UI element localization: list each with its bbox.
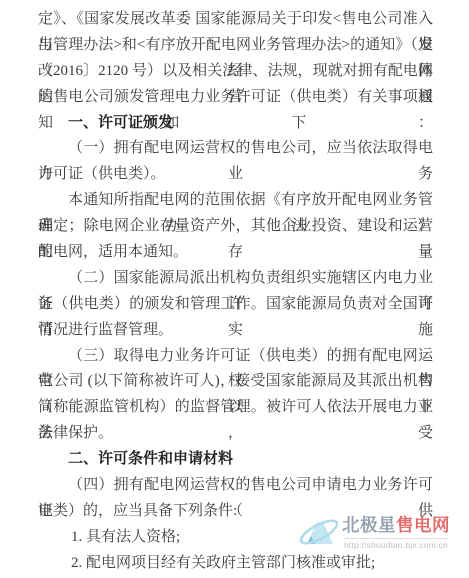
doc-line: 证（供电类）的颁发和管理工作。国家能源局负责对全国许可实施 [38,292,433,318]
doc-line: 简称能源监管机构）的监督管理。被许可人依法开展电力业务，受 [38,395,433,421]
doc-line: 本通知所指配电网的范围依据《有序放开配电网业务管理办法》 [38,188,433,214]
doc-line: （四）拥有配电网运营权的售电公司申请电力业务许可证（供 [38,473,433,499]
doc-line: 电公司 (以下简称被许可人)，接受国家能源局及其派出机构（以下 [38,369,433,395]
doc-line: （二）国家能源局派出机构负责组织实施辖区内电力业务许可 [38,266,433,292]
doc-line: （一）拥有配电网运营权的售电公司，应当依法取得电力业务 [38,136,433,162]
list-item-1: 1. 具有法人资格; [38,525,433,551]
doc-line: 的售电公司颁发管理电力业务许可证（供电类）有关事项通知如下： [38,85,433,111]
doc-line: 确定；除电网企业存量资产外，其他企业投资、建设和运营的存量 [38,214,433,240]
document-body: 定》、《国家发展改革委 国家能源局关于印发<售电公司准入与退 出管理办法>和<有… [0,0,469,578]
section-heading-2: 二、许可条件和申请材料 [38,447,433,473]
doc-line: 定》、《国家发展改革委 国家能源局关于印发<售电公司准入与退 [38,7,433,33]
document-page: 定》、《国家发展改革委 国家能源局关于印发<售电公司准入与退 出管理办法>和<有… [0,0,469,578]
doc-line: 〔2016〕2120 号）以及相关法律、法规，现就对拥有配电网运营权 [38,59,433,85]
doc-line: 出管理办法>和<有序放开配电网业务管理办法>的通知》（发改经体 [38,33,433,59]
doc-line: （三）取得电力业务许可证（供电类）的拥有配电网运营权售 [38,344,433,370]
list-item-2: 2. 配电网项目经有关政府主管部门核准或审批; [38,551,433,577]
